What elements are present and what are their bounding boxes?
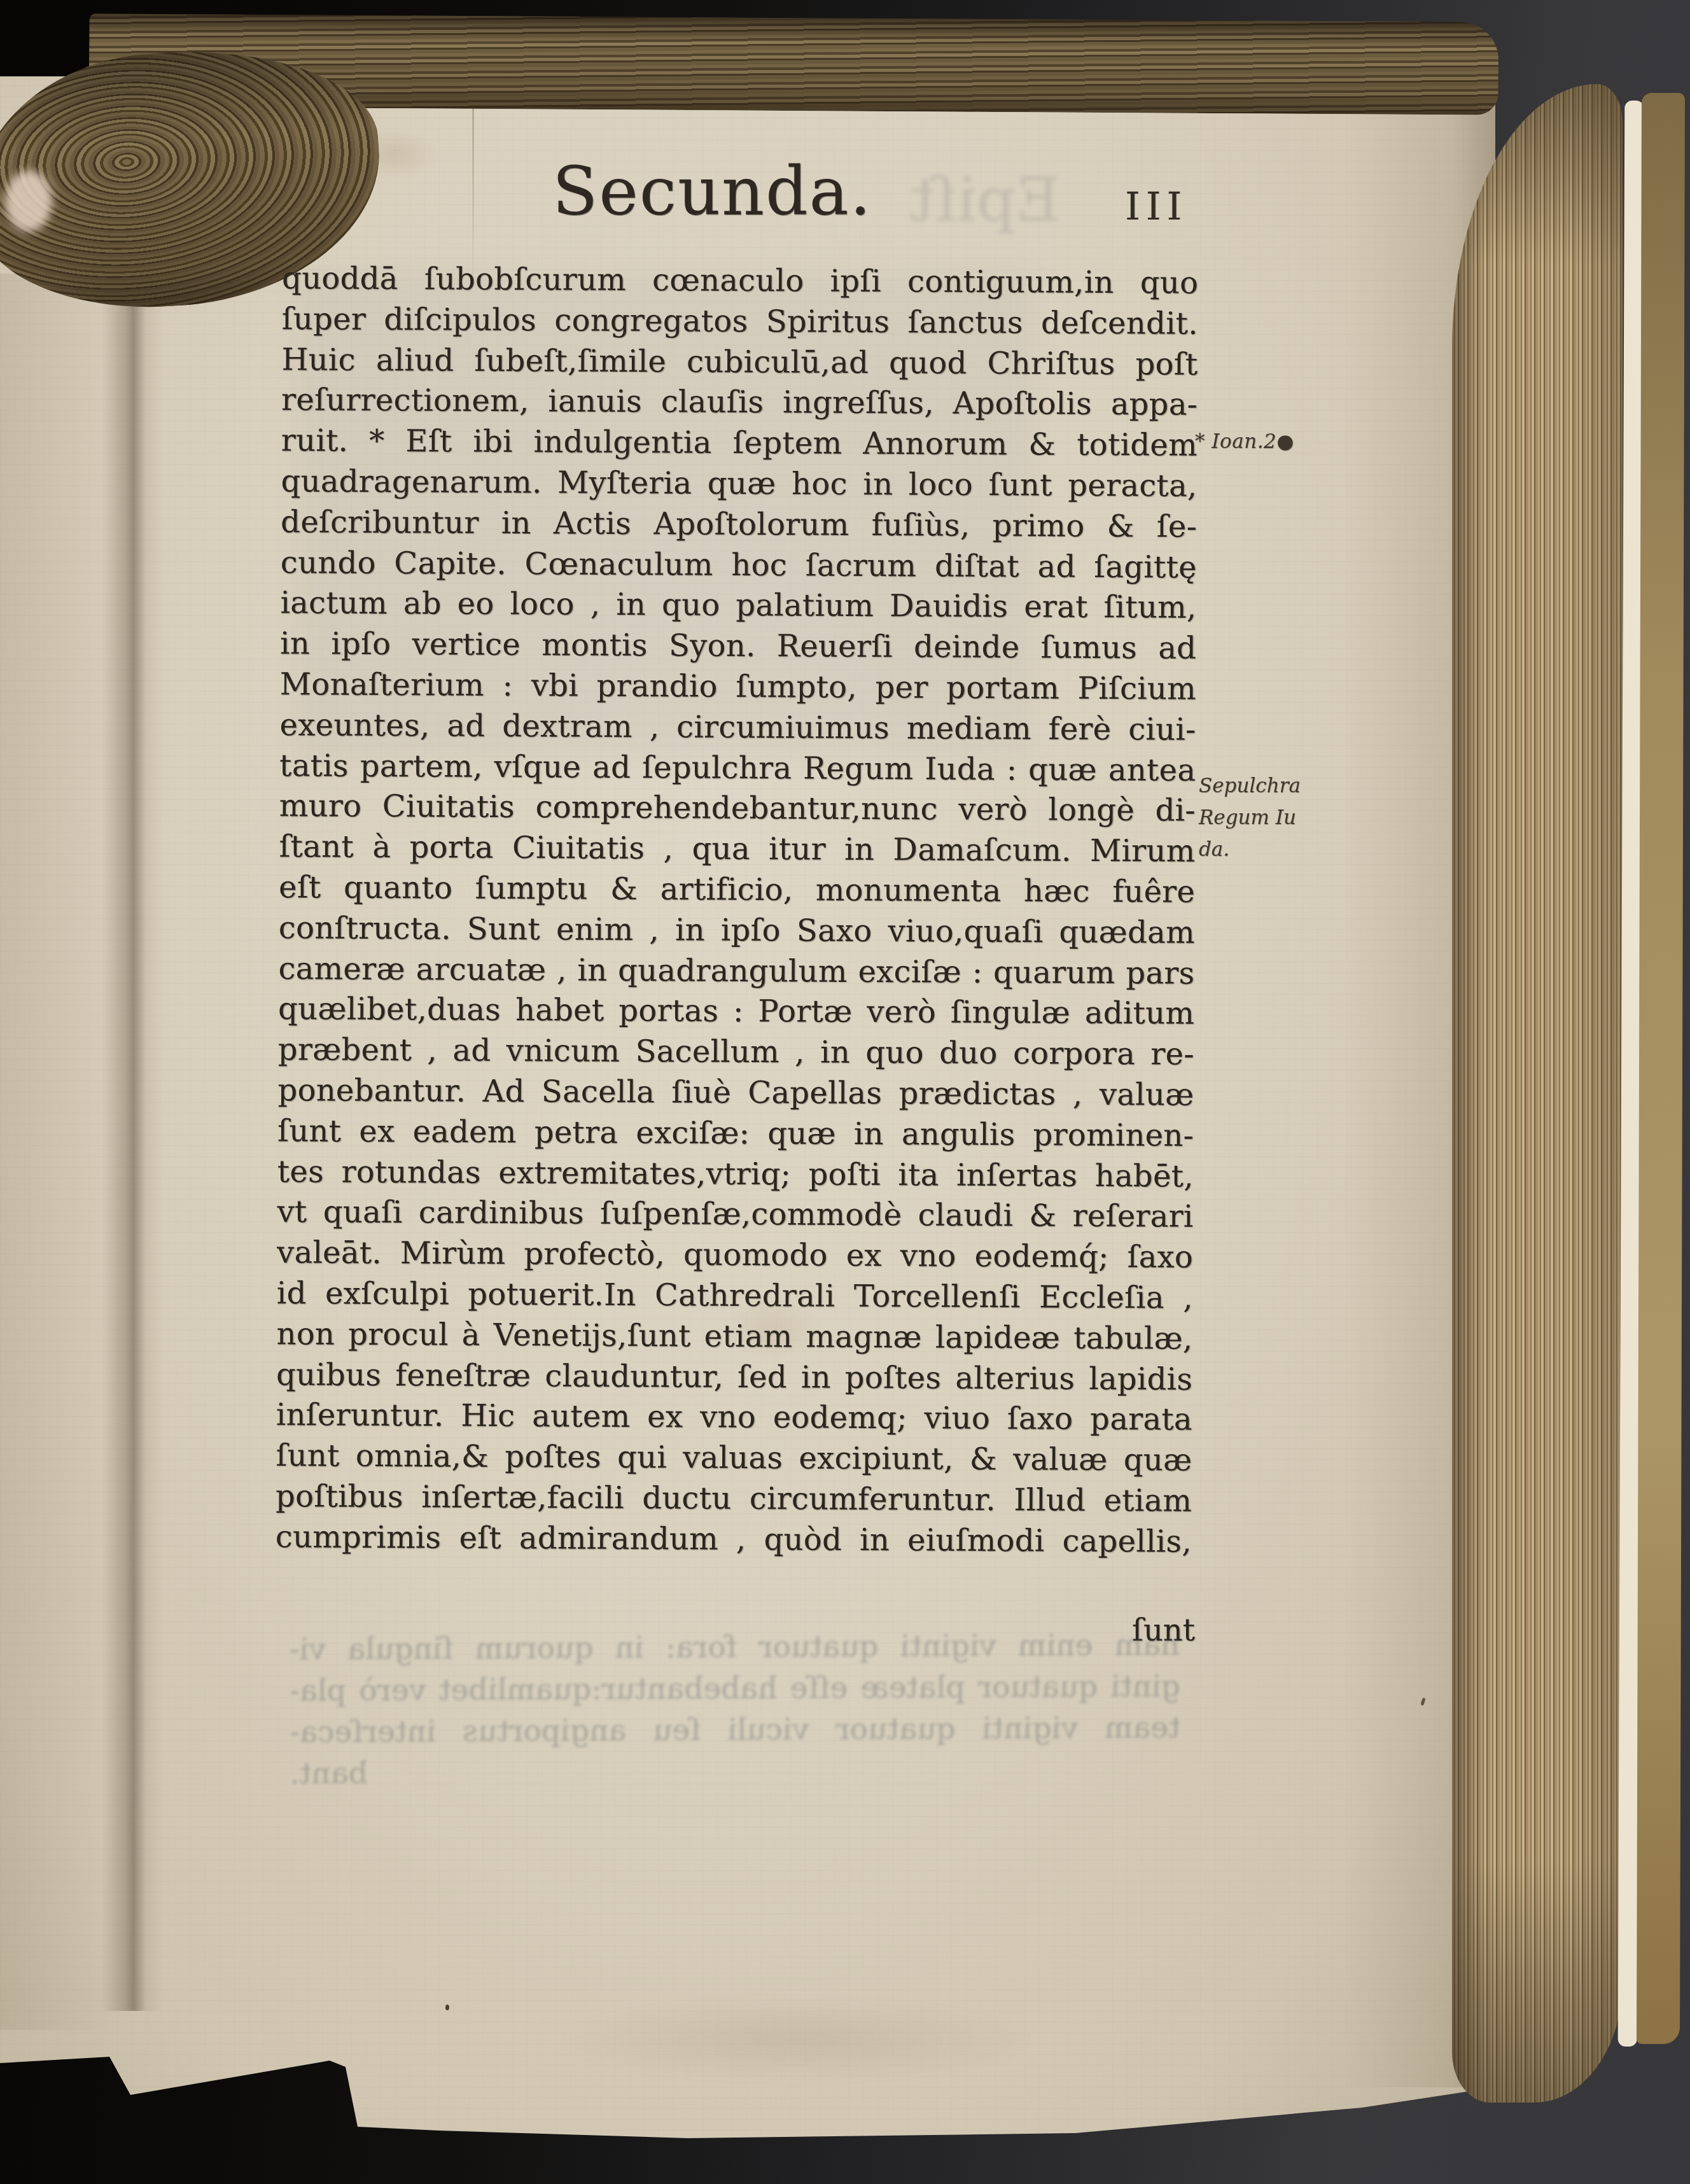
body-text-line: conſtructa. Sunt enim , in ipſo Saxo viu… xyxy=(279,908,1195,953)
facing-page-shade xyxy=(0,274,111,2030)
body-text-line: ſunt ex eadem petra exciſæ: quæ in angul… xyxy=(277,1111,1194,1156)
body-text-line: id exſculpi potuerit.In Cathredrali Torc… xyxy=(277,1273,1193,1319)
body-text-line: cundo Capite. Cœnaculum hoc ſacrum diſta… xyxy=(281,543,1197,588)
body-text-line: Huic aliud ſubeſt,ſimile cubiculū,ad quo… xyxy=(281,340,1198,385)
body-text-line: exeuntes, ad dextram , circumiuimus medi… xyxy=(279,705,1196,750)
body-text-line: quoddā ſubobſcurum cœnaculo ipſi contigu… xyxy=(282,258,1198,304)
bleed-line: ginti quatuor plateæ eſſe habebantur:qua… xyxy=(290,1665,1180,1711)
body-text-line: eſt quanto ſumptu & artificio, monumenta… xyxy=(279,867,1195,913)
body-text-line: Monaſterium : vbi prandio ſumpto, per po… xyxy=(280,664,1196,710)
body-text-line: non procul à Venetijs,ſunt etiam magnæ l… xyxy=(276,1314,1192,1359)
book-fore-edge-pages xyxy=(1452,84,1623,2103)
margin-note-line: da. xyxy=(1199,834,1301,865)
body-text-line: cameræ arcuatæ , in quadrangulum exciſæ … xyxy=(278,949,1194,994)
body-text-line: ruit. * Eſt ibi indulgentia ſeptem Annor… xyxy=(281,421,1198,466)
body-text-line: in ipſo vertice montis Syon. Reuerſi dei… xyxy=(280,624,1196,669)
margin-note-sepulchra: Sepulchra Regum Iu da. xyxy=(1199,770,1301,865)
body-text-line: cumprimis eſt admirandum , quòd in eiuſm… xyxy=(276,1517,1192,1562)
body-text-line: ſunt omnia,& poſtes qui valuas excipiunt… xyxy=(276,1436,1192,1481)
ink-speck xyxy=(445,2005,449,2010)
bleed-line: nam enim viginti quatuor fora: in quorum… xyxy=(289,1624,1180,1670)
body-text-line: quibus feneſtræ clauduntur, ſed in poſte… xyxy=(276,1355,1192,1400)
body-text-line: tatis partem, vſque ad ſepulchra Regum I… xyxy=(279,746,1196,791)
margin-note-ioan: * Ioan.2● xyxy=(1195,430,1294,453)
body-text-line: præbent , ad vnicum Sacellum , in quo du… xyxy=(278,1030,1194,1075)
page-number: III xyxy=(1125,185,1187,229)
body-text-line: deſcribuntur in Actis Apoſtolorum fuſiùs… xyxy=(281,502,1197,547)
gutter-crease xyxy=(102,255,163,2011)
bleed-line: team viginti quatuor viculi ſeu angiport… xyxy=(290,1707,1180,1753)
body-text-line: quælibet,duas habet portas : Portæ verò … xyxy=(278,990,1194,1035)
body-text-line: inſeruntur. Hic autem ex vno eodemq; viu… xyxy=(276,1396,1192,1441)
body-text-line: ponebantur. Ad Sacella ſiuè Capellas præ… xyxy=(277,1070,1194,1116)
margin-note-line: Sepulchra xyxy=(1199,770,1301,802)
margin-note-line: Regum Iu xyxy=(1199,802,1301,834)
book-photo: Epiſt Secunda. III quoddā ſubobſcurum cœ… xyxy=(0,0,1690,2184)
body-text-line: reſurrectionem, ianuis clauſis ingreſſus… xyxy=(281,381,1198,426)
body-text-line: tes rotundas extremitates,vtriq; poſti i… xyxy=(277,1152,1194,1197)
body-text-line: poſtibus inſertæ,facili ductu circumferu… xyxy=(276,1476,1192,1522)
body-text-line: muro Ciuitatis comprehendebantur,nunc ve… xyxy=(279,787,1196,832)
body-text-line: quadragenarum. Myſteria quæ hoc in loco … xyxy=(281,461,1197,507)
body-text: quoddā ſubobſcurum cœnaculo ipſi contigu… xyxy=(276,258,1199,1562)
body-text-line: ſtant à porta Ciuitatis , qua itur in Da… xyxy=(279,827,1195,872)
book-cover-edge xyxy=(1637,93,1685,2044)
body-text-line: vt quaſi cardinibus ſuſpenſæ,commodè cla… xyxy=(277,1193,1193,1238)
body-text-line: iactum ab eo loco , in quo palatium Daui… xyxy=(280,584,1196,629)
paper-stain xyxy=(560,1998,1031,2081)
bleed-through-text: nam enim viginti quatuor fora: in quorum… xyxy=(289,1624,1180,1794)
running-title: Secunda. xyxy=(552,153,872,230)
body-text-line: ſuper diſcipulos congregatos Spiritus ſa… xyxy=(282,299,1198,344)
body-text-line: valeāt. Mirùm profectò, quomodo ex vno e… xyxy=(277,1233,1193,1278)
headband-highlight xyxy=(5,171,52,232)
header-bleed-ghost: Epiſt xyxy=(910,164,1060,235)
bleed-line: bant. xyxy=(290,1748,1180,1794)
